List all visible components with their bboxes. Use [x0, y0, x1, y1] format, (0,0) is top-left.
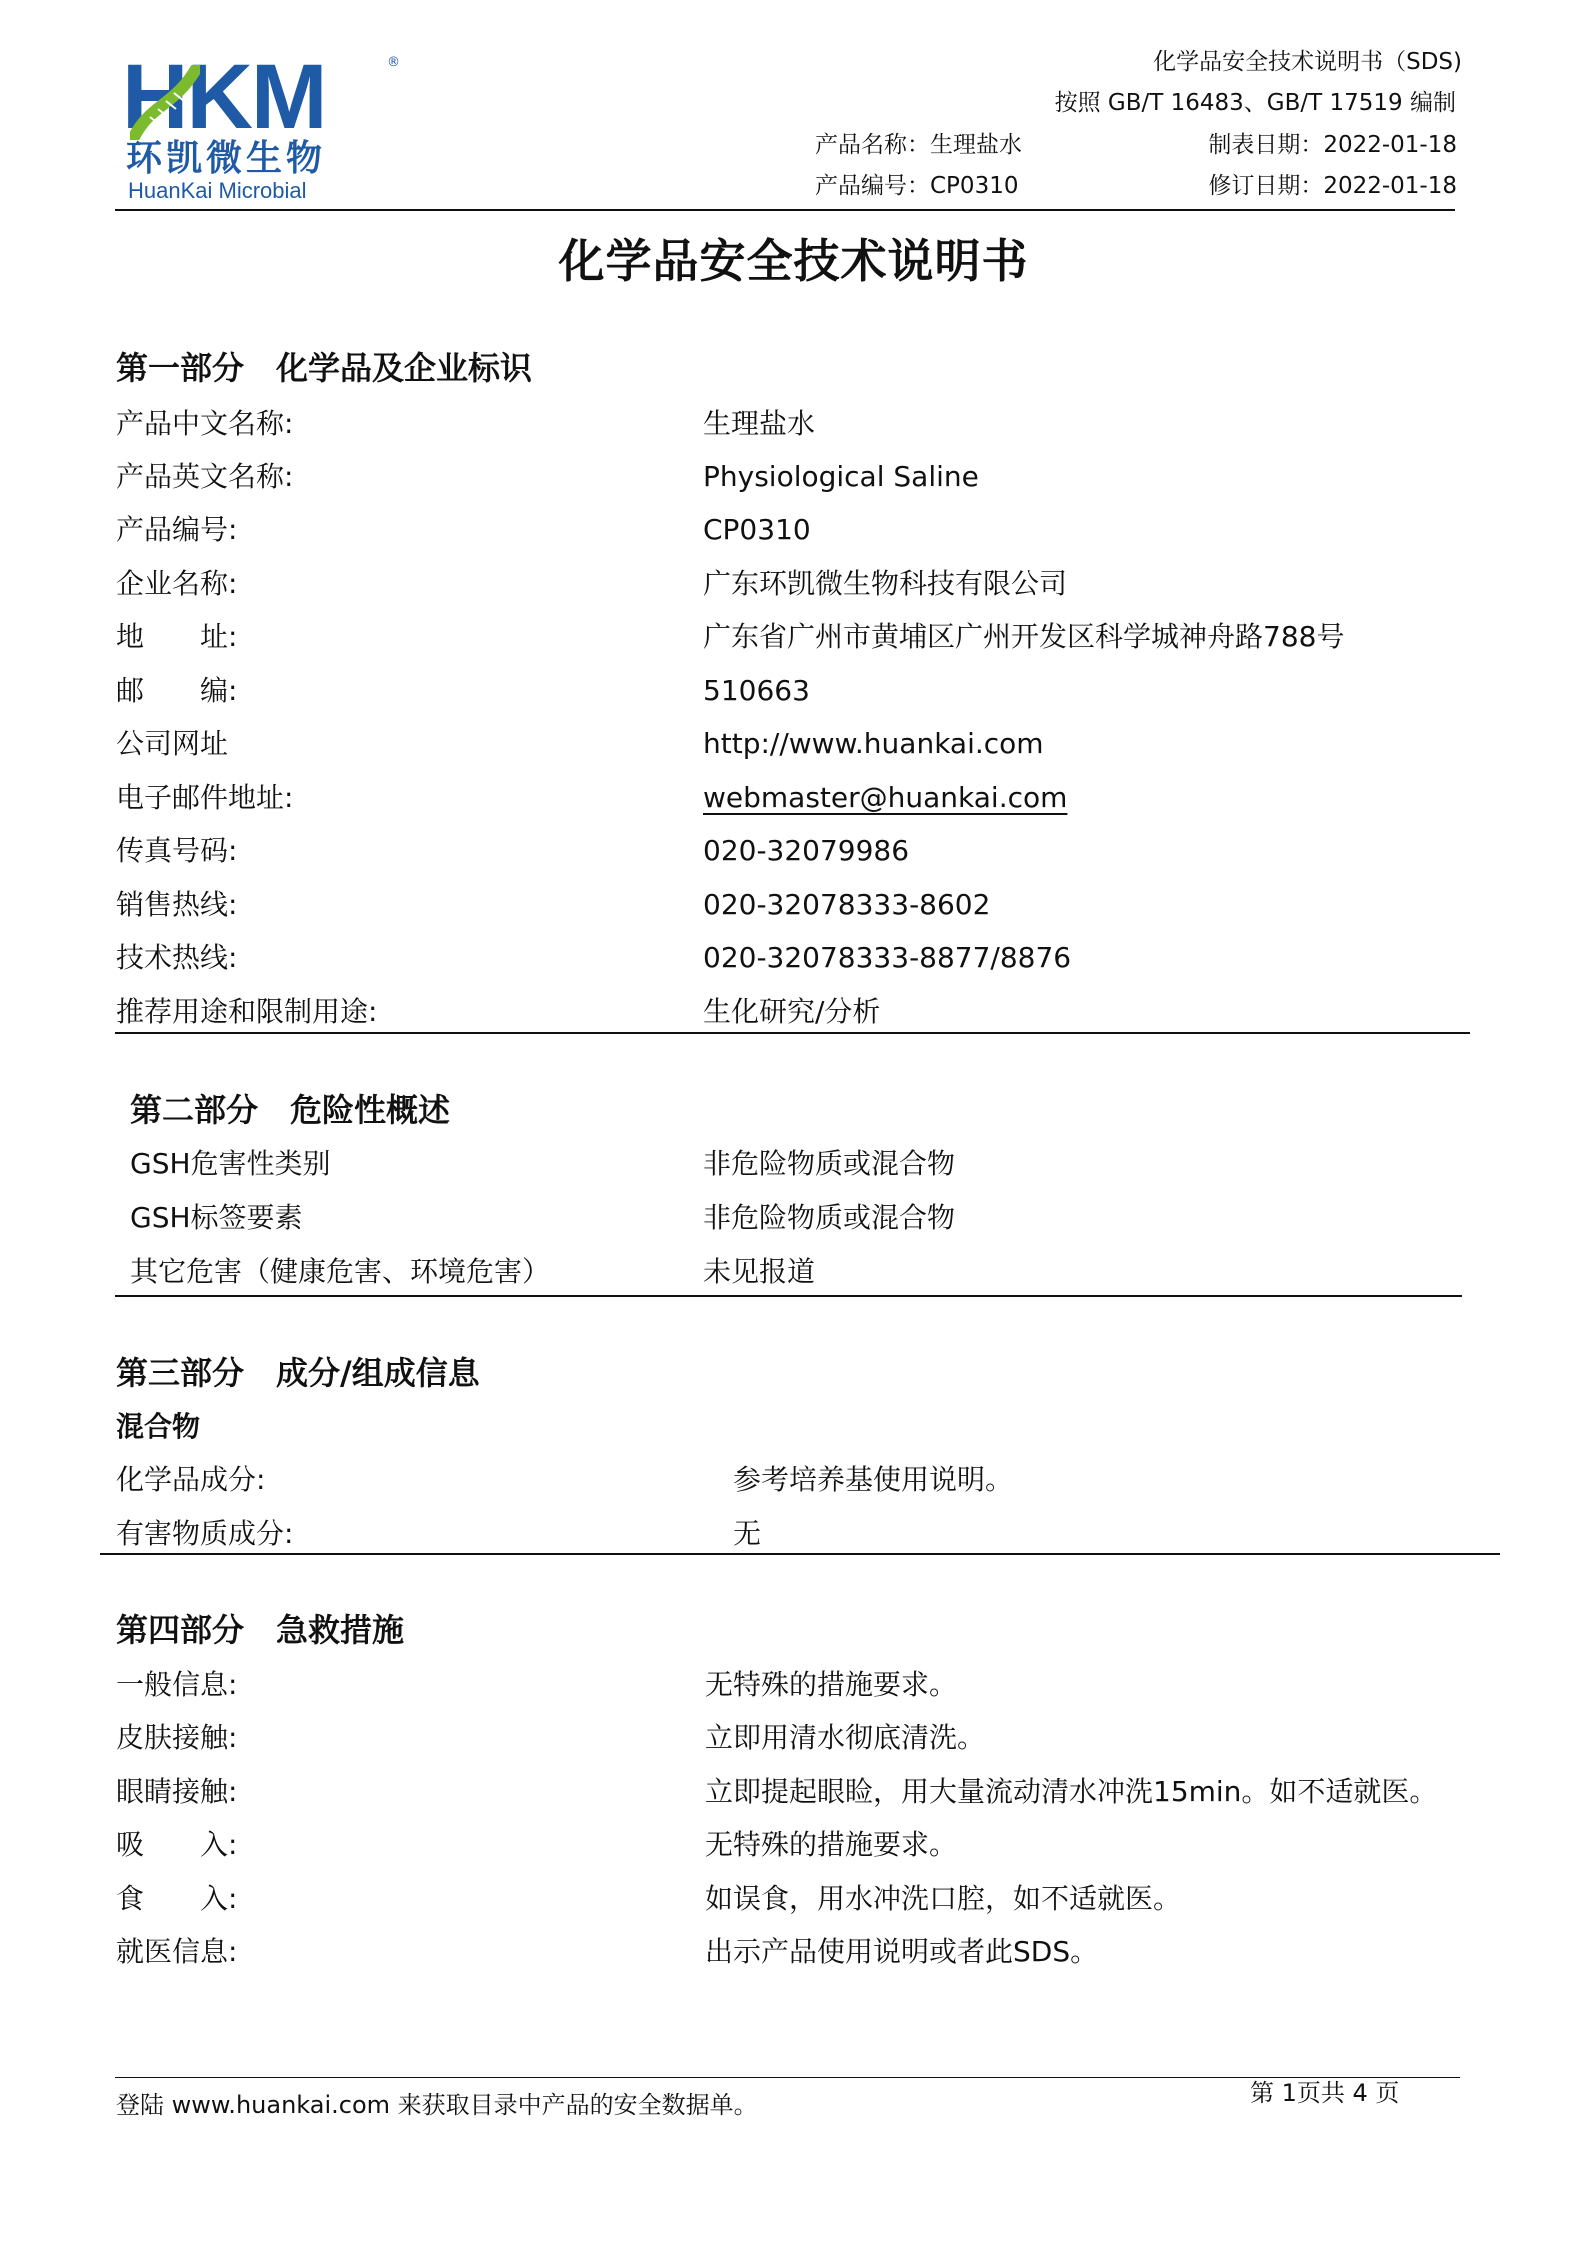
row-label: 传真号码: — [116, 833, 237, 869]
row-value: 非危险物质或混合物 — [703, 1146, 955, 1182]
row-value: 如误食，用水冲洗口腔，如不适就医。 — [705, 1881, 1181, 1917]
row-label: 眼睛接触: — [116, 1774, 237, 1810]
row-value: 非危险物质或混合物 — [703, 1200, 955, 1236]
row-value: 510663 — [703, 673, 810, 709]
section-2-divider — [115, 1295, 1462, 1297]
email-link[interactable]: webmaster@huankai.com — [703, 780, 1067, 816]
row-label: 技术热线: — [116, 940, 237, 976]
row-label: 其它危害（健康危害、环境危害） — [130, 1254, 550, 1290]
row-value: 无特殊的措施要求。 — [705, 1667, 957, 1703]
header-divider — [115, 209, 1455, 211]
row-value: 参考培养基使用说明。 — [733, 1462, 1013, 1498]
header-doc-type: 化学品安全技术说明书（SDS) — [1153, 47, 1462, 77]
row-value: 未见报道 — [703, 1254, 815, 1290]
header-product-name: 产品名称：生理盐水 — [815, 130, 1022, 160]
row-label: 吸 入: — [116, 1827, 237, 1863]
row-label: 邮 编: — [116, 673, 237, 709]
website-link[interactable]: http://www.huankai.com — [703, 726, 1044, 762]
header-made-date: 制表日期：2022-01-18 — [1208, 130, 1457, 160]
row-value: 020-32079986 — [703, 833, 909, 869]
row-value: 立即用清水彻底清洗。 — [705, 1720, 985, 1756]
page-title: 化学品安全技术说明书 — [0, 225, 1587, 291]
row-value: Physiological Saline — [703, 459, 979, 495]
row-label: 有害物质成分: — [116, 1516, 293, 1552]
section-1-divider — [115, 1032, 1470, 1034]
row-label: 电子邮件地址: — [116, 780, 293, 816]
row-label: 就医信息: — [116, 1934, 237, 1970]
dna-helix-icon — [130, 65, 200, 140]
row-value: 020-32078333-8877/8876 — [703, 940, 1071, 976]
row-label: 皮肤接触: — [116, 1720, 237, 1756]
logo-english-name: HuanKai Microbial — [128, 179, 307, 203]
row-label: 产品英文名称: — [116, 459, 293, 495]
section-4-title: 第四部分 急救措施 — [116, 1610, 404, 1650]
row-label: GSH标签要素 — [130, 1200, 303, 1236]
row-value: 广东环凯微生物科技有限公司 — [703, 566, 1067, 602]
header-product-code: 产品编号：CP0310 — [815, 171, 1018, 201]
row-value: 生化研究/分析 — [703, 994, 880, 1030]
row-label: 食 入: — [116, 1881, 237, 1917]
section-2-title: 第二部分 危险性概述 — [130, 1090, 450, 1130]
row-value: 出示产品使用说明或者此SDS。 — [705, 1934, 1098, 1970]
row-value: 020-32078333-8602 — [703, 887, 990, 923]
row-value: 无特殊的措施要求。 — [705, 1827, 957, 1863]
header-revision-date: 修订日期：2022-01-18 — [1208, 171, 1457, 201]
row-label: 一般信息: — [116, 1667, 237, 1703]
section-3-divider — [100, 1553, 1500, 1555]
section-3-subtitle: 混合物 — [116, 1409, 200, 1445]
row-value: 广东省广州市黄埔区广州开发区科学城神舟路788号 — [703, 619, 1344, 655]
row-label: 地 址: — [116, 619, 237, 655]
footer-note: 登陆 www.huankai.com 来获取目录中产品的安全数据单。 — [116, 2090, 758, 2120]
row-value: 生理盐水 — [703, 406, 815, 442]
section-3-title: 第三部分 成分/组成信息 — [116, 1353, 480, 1393]
row-value: CP0310 — [703, 512, 811, 548]
row-label: GSH危害性类别 — [130, 1146, 331, 1182]
section-1-title: 第一部分 化学品及企业标识 — [116, 348, 532, 388]
page-number: 第 1页共 4 页 — [1250, 2078, 1399, 2108]
row-label: 销售热线: — [116, 887, 237, 923]
logo-chinese-name: 环凯微生物 — [126, 139, 326, 179]
registered-mark: ® — [387, 55, 400, 70]
company-logo: HKM ® 环凯微生物 HuanKai Microbial — [122, 55, 402, 205]
row-label: 企业名称: — [116, 566, 237, 602]
row-label: 产品中文名称: — [116, 406, 293, 442]
row-label: 化学品成分: — [116, 1462, 265, 1498]
row-label: 产品编号: — [116, 512, 237, 548]
row-value: 立即提起眼睑，用大量流动清水冲洗15min。如不适就医。 — [705, 1774, 1437, 1810]
row-value: 无 — [733, 1516, 761, 1552]
row-label: 推荐用途和限制用途: — [116, 994, 377, 1030]
header-standard: 按照 GB/T 16483、GB/T 17519 编制 — [1055, 88, 1456, 118]
row-label: 公司网址 — [116, 726, 228, 762]
